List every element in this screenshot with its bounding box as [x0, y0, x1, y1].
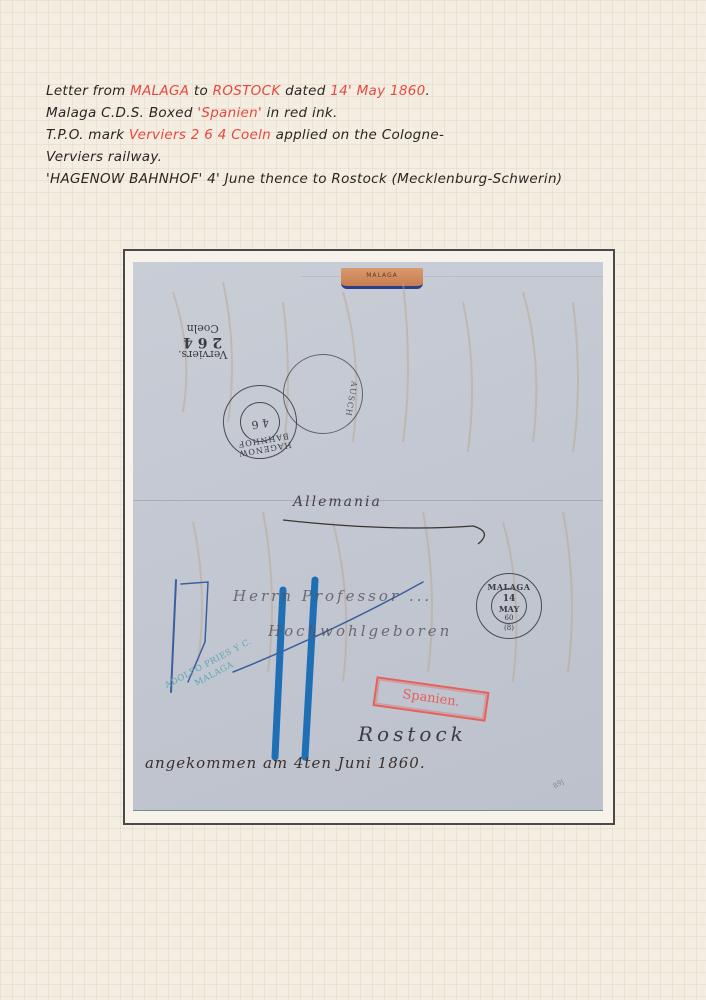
malaga-seal-label: MALAGA [341, 268, 423, 289]
malaga-number: (8) [477, 624, 541, 632]
malaga-day: 14 [477, 594, 541, 604]
note-text: . [426, 83, 431, 99]
note-text: to [189, 83, 212, 99]
adolfo-pries-handstamp: ADOLFO PRIES Y C. MALAGA [163, 636, 260, 703]
description-line-3: T.P.O. mark Verviers 2 6 4 Coeln applied… [46, 124, 706, 146]
note-text: in red ink. [262, 105, 338, 121]
description-notes: Letter from MALAGA to ROSTOCK dated 14' … [46, 80, 706, 190]
spanien-boxed-mark: Spanien. [372, 676, 489, 722]
highlighted-text: 14' May 1860 [330, 83, 425, 99]
entire-letter: MALAGA Verviers. 2 6 4 Coeln AUSCH HAGEN… [133, 262, 603, 810]
address-flourish [283, 520, 484, 544]
description-line-5: 'HAGENOW BAHNHOF' 4' June thence to Rost… [46, 168, 706, 190]
tpo-line-2: 2 6 4 [178, 335, 227, 348]
address-allemania: Allemania [293, 494, 382, 510]
transit-cds-text: AUSCH [340, 360, 362, 438]
highlighted-text: 'Spanien' [197, 105, 262, 121]
malaga-month: MAY [477, 604, 541, 614]
reference-mark: 89J [552, 778, 566, 790]
address-line-addressee: Herrn Professor ... [233, 587, 432, 605]
tpo-mark-verviers-coeln: Verviers. 2 6 4 Coeln [178, 322, 227, 361]
highlighted-text: ROSTOCK [213, 83, 281, 99]
note-text: Malaga C.D.S. Boxed [46, 105, 197, 121]
note-text: T.P.O. mark [46, 127, 129, 143]
address-rostock: Rostock [358, 722, 467, 746]
note-text: Verviers railway. [46, 149, 162, 165]
arrival-note: angekommen am 4ten Juni 1860. [145, 754, 426, 772]
malaga-year: 60 [477, 614, 541, 622]
note-text: 'HAGENOW BAHNHOF' 4' June thence to Rost… [46, 171, 562, 187]
note-text: applied on the Cologne- [271, 127, 444, 143]
description-line-1: Letter from MALAGA to ROSTOCK dated 14' … [46, 80, 706, 102]
malaga-cds: MALAGA 14 MAY 60 (8) [476, 573, 542, 639]
note-text: dated [280, 83, 330, 99]
note-text: Letter from [46, 83, 130, 99]
description-line-4: Verviers railway. [46, 146, 706, 168]
address-line-honorific: Hochwohlgeboren [268, 622, 452, 640]
highlighted-text: MALAGA [130, 83, 189, 99]
highlighted-text: Verviers 2 6 4 Coeln [129, 127, 271, 143]
malaga-ring-text: MALAGA [477, 582, 541, 592]
description-line-2: Malaga C.D.S. Boxed 'Spanien' in red ink… [46, 102, 706, 124]
